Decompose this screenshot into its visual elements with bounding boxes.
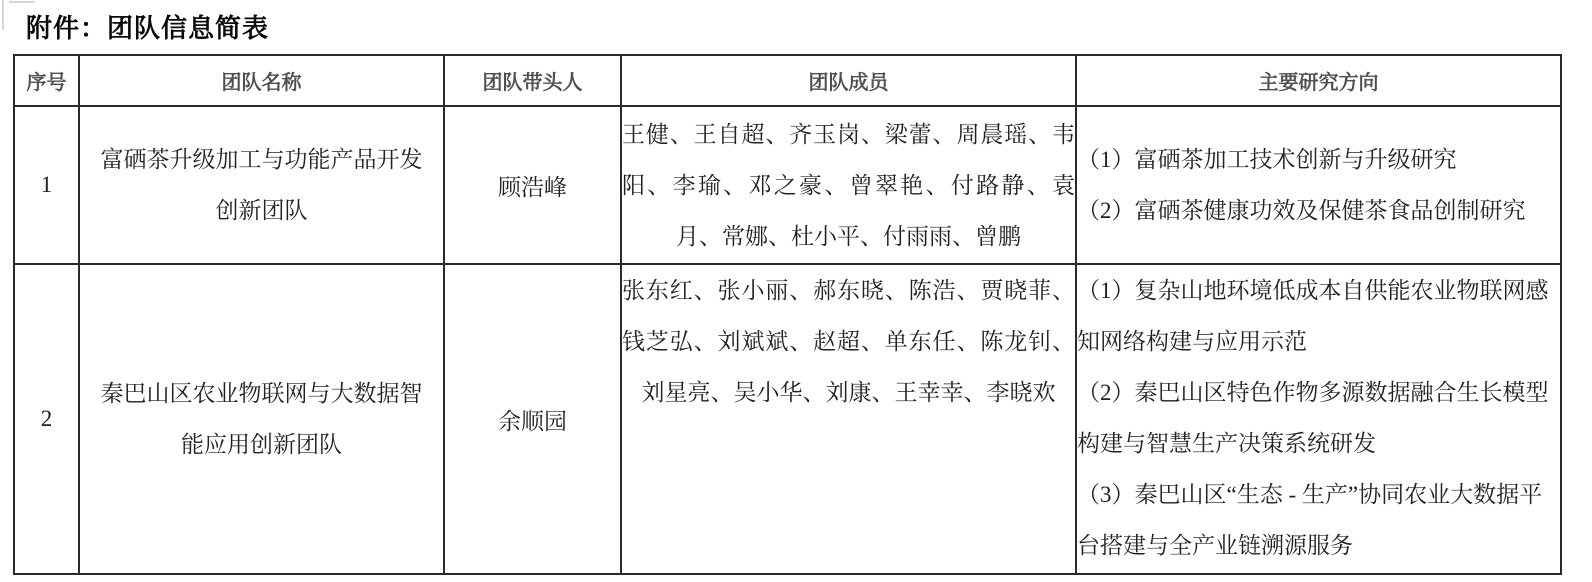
- row2-research-direction-1: （1）复杂山地环境低成本自供能农业物联网感知网络构建与应用示范: [1077, 265, 1560, 367]
- row2-team-name-line2: 能应用创新团队: [80, 419, 443, 470]
- header-team-leader: 团队带头人: [444, 55, 621, 106]
- row2-team-leader: 余顺园: [444, 264, 621, 574]
- row1-team-name-line2: 创新团队: [80, 185, 443, 236]
- row2-serial-number: 2: [14, 264, 79, 574]
- header-team-members: 团队成员: [621, 55, 1076, 106]
- row1-team-name-line1: 富硒茶升级加工与功能产品开发: [80, 134, 443, 185]
- table-row: 2 秦巴山区农业物联网与大数据智 能应用创新团队 余顺园 张东红、张小丽、郝东晓…: [14, 264, 1561, 574]
- row1-team-name: 富硒茶升级加工与功能产品开发 创新团队: [79, 106, 444, 264]
- page-title: 附件：团队信息简表: [26, 8, 269, 45]
- row1-team-members: 王健、王自超、齐玉岗、梁蕾、周晨瑶、韦阳、李瑜、邓之豪、曾翠艳、付路静、袁月、常…: [621, 106, 1076, 264]
- header-serial-number: 序号: [14, 55, 79, 106]
- table-header-row: 序号 团队名称 团队带头人 团队成员 主要研究方向: [14, 55, 1561, 106]
- row1-team-leader: 顾浩峰: [444, 106, 621, 264]
- row2-team-name: 秦巴山区农业物联网与大数据智 能应用创新团队: [79, 264, 444, 574]
- row2-team-members: 张东红、张小丽、郝东晓、陈浩、贾晓菲、钱芝弘、刘斌斌、赵超、单东任、陈龙钊、刘星…: [621, 264, 1076, 574]
- row1-research-direction-2: （2）富硒茶健康功效及保健茶食品创制研究: [1077, 185, 1560, 236]
- scan-artifact-horizontal: [9, 1, 35, 3]
- header-team-name: 团队名称: [79, 55, 444, 106]
- row1-research-directions: （1）富硒茶加工技术创新与升级研究 （2）富硒茶健康功效及保健茶食品创制研究: [1076, 106, 1561, 264]
- row2-team-name-line1: 秦巴山区农业物联网与大数据智: [80, 368, 443, 419]
- row2-research-direction-2: （2）秦巴山区特色作物多源数据融合生长模型构建与智慧生产决策系统研发: [1077, 367, 1560, 469]
- table-row: 1 富硒茶升级加工与功能产品开发 创新团队 顾浩峰 王健、王自超、齐玉岗、梁蕾、…: [14, 106, 1561, 264]
- team-info-table: 序号 团队名称 团队带头人 团队成员 主要研究方向 1 富硒茶升级加工与功能产品…: [13, 54, 1562, 575]
- scan-artifact-vertical: [2, 0, 4, 30]
- row1-research-direction-1: （1）富硒茶加工技术创新与升级研究: [1077, 134, 1560, 185]
- row1-serial-number: 1: [14, 106, 79, 264]
- header-research-directions: 主要研究方向: [1076, 55, 1561, 106]
- row2-research-direction-3: （3）秦巴山区“生态 - 生产”协同农业大数据平台搭建与全产业链溯源服务: [1077, 469, 1560, 571]
- document-page: 附件：团队信息简表 序号 团队名称 团队带头人 团队成员 主要研究方向 1 富硒…: [0, 0, 1592, 582]
- row2-research-directions: （1）复杂山地环境低成本自供能农业物联网感知网络构建与应用示范 （2）秦巴山区特…: [1076, 264, 1561, 574]
